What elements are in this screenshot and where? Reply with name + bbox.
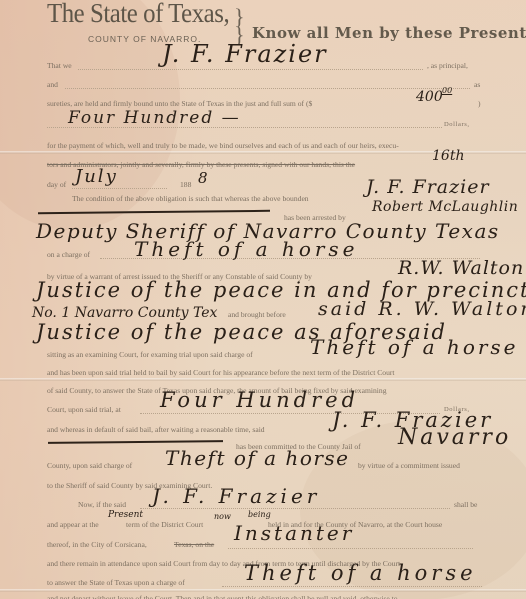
printed-text: County, upon said charge of [47,461,132,470]
handwritten-instanter: Instanter [234,521,354,545]
handwritten-month: July [75,166,118,187]
fill-line [72,188,167,189]
fill-line [228,548,473,549]
handwritten-sum-words: Four Hundred — [68,108,241,128]
printed-text: and [47,80,58,89]
handwritten-brought-before: said R. W. Walton [318,298,526,320]
printed-text-struck: Texas, on the [174,540,214,549]
fill-line [140,508,450,509]
printed-text: The condition of the above obligation is… [72,194,309,203]
handwritten-charge: Theft of a horse [165,446,350,470]
handwritten-warrant-by: R.W. Walton [398,257,524,279]
printed-text: Court, upon said trial, at [47,405,121,414]
printed-text: Dollars, [444,121,470,128]
bail-bond-document: The State of Texas, } } COUNTY OF NAVARR… [0,0,526,599]
handwritten-insert: now [214,512,231,521]
handwritten-principal: J. F. Frazier [152,484,320,508]
paper-fold [0,378,526,381]
paper-fold [0,589,526,592]
handwritten-warrant-precinct: No. 1 Navarro County Tex [32,305,217,321]
fill-line [222,586,482,587]
printed-text: and appear at the [47,520,99,529]
printed-text: day of [47,180,66,189]
handwritten-insert: being [248,510,271,519]
handwritten-year: 8 [198,169,210,187]
printed-text: as [474,80,480,89]
printed-text: and whereas in default of said bail, aft… [47,425,265,434]
printed-text: to answer the State of Texas upon a char… [47,578,185,587]
handwritten-charge: Theft of a horse [134,237,359,261]
fill-line [78,69,423,70]
printed-text: and not depart without leave of the Cour… [47,594,398,599]
handwritten-principal: J. F. Frazier [162,40,328,68]
printed-text: shall be [454,500,477,509]
handwritten-sum-cents: 00 [442,86,452,95]
strike-line [48,440,223,444]
printed-text: ) [478,99,481,108]
printed-text: That we [47,61,72,70]
printed-text: and has been upon said trial held to bai… [47,368,395,377]
handwritten-bounden: J. F. Frazier [366,176,490,198]
handwritten-day: 16th [432,148,464,164]
printed-text: on a charge of [47,250,90,259]
printed-text: for the payment of which, well and truly… [47,141,399,150]
handwritten-charge: Theft of a horse [244,561,477,585]
printed-text: , as principal, [427,61,468,70]
printed-text: by virtue of a commitment issued [358,461,460,470]
printed-text: thereof, in the City of Corsicana, [47,540,147,549]
handwritten-charge: Theft of a horse [310,335,519,359]
handwritten-sum-numeric: 400 [416,89,443,105]
handwritten-arrested-by: Robert McLaughlin [372,199,518,215]
fill-line [65,88,470,89]
printed-text: Now, if the said [78,500,126,509]
printed-text: 188 [180,180,191,189]
printed-text: term of the District Court [126,520,203,529]
printed-text: sureties, are held and firmly bound unto… [47,99,312,108]
printed-text: and brought before [228,310,286,319]
handwritten-jail-county: Navarro [398,425,511,450]
printed-text: sitting as an examining Court, for exami… [47,350,253,359]
handwritten-bail-amount: Four Hundred [160,388,359,412]
handwritten-insert: Present [108,510,143,520]
document-title: The State of Texas, [47,0,229,29]
